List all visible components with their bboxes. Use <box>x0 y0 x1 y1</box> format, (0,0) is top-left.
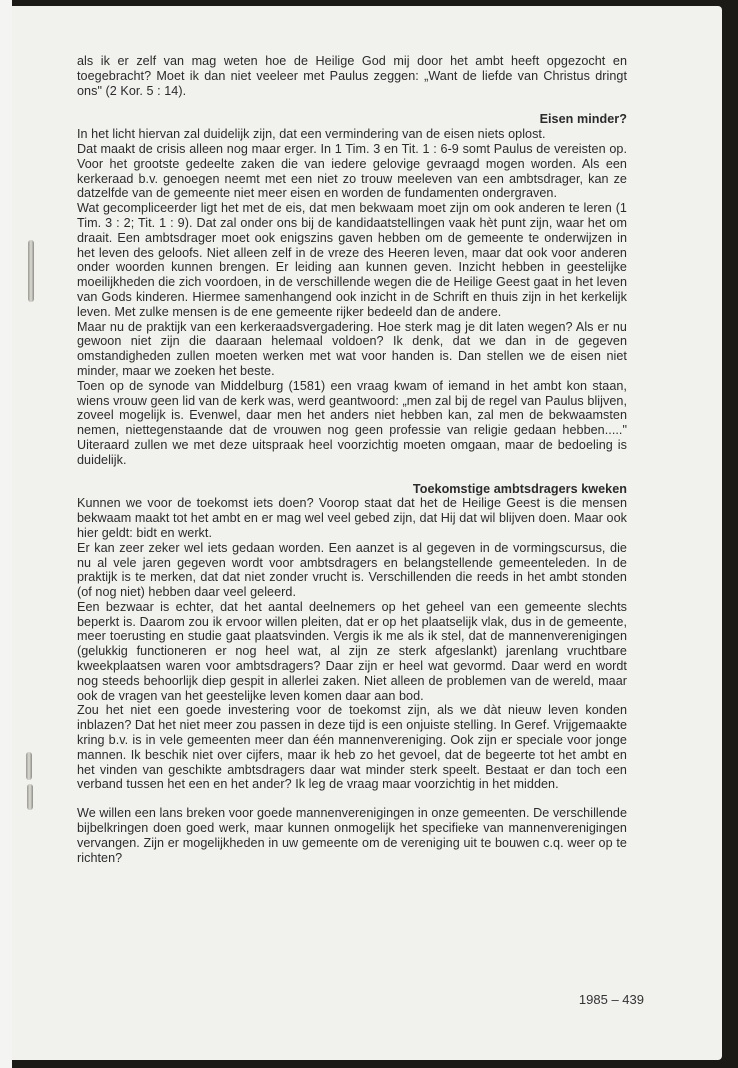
paragraph: Wat gecompliceerder ligt het met de eis,… <box>77 201 627 319</box>
scan-left-margin <box>0 0 12 1068</box>
binding-clip-bottom-lower <box>27 784 33 810</box>
paragraph: Zou het niet een goede investering voor … <box>77 703 627 792</box>
binding-clip-bottom <box>26 752 32 780</box>
paragraph: Toen op de synode van Middelburg (1581) … <box>77 379 627 468</box>
paragraph: Dat maakt de crisis alleen nog maar erge… <box>77 142 627 201</box>
closing-paragraph: We willen een lans breken voor goede man… <box>77 806 627 865</box>
paragraph: In het licht hiervan zal duidelijk zijn,… <box>77 127 627 142</box>
paragraph: Maar nu de praktijk van een kerkeraadsve… <box>77 320 627 379</box>
paragraph: als ik er zelf van mag weten hoe de Heil… <box>77 54 627 98</box>
section-heading-toekomstige-ambtsdragers: Toekomstige ambtsdragers kweken <box>77 482 627 497</box>
section-heading-eisen-minder: Eisen minder? <box>77 112 627 127</box>
paragraph: Er kan zeer zeker wel iets gedaan worden… <box>77 541 627 600</box>
paragraph: Kunnen we voor de toekomst iets doen? Vo… <box>77 496 627 540</box>
page-number: 1985 – 439 <box>579 992 644 1007</box>
paragraph: Een bezwaar is echter, dat het aantal de… <box>77 600 627 704</box>
binding-clip-top <box>28 240 34 302</box>
article-column: als ik er zelf van mag weten hoe de Heil… <box>77 54 627 865</box>
